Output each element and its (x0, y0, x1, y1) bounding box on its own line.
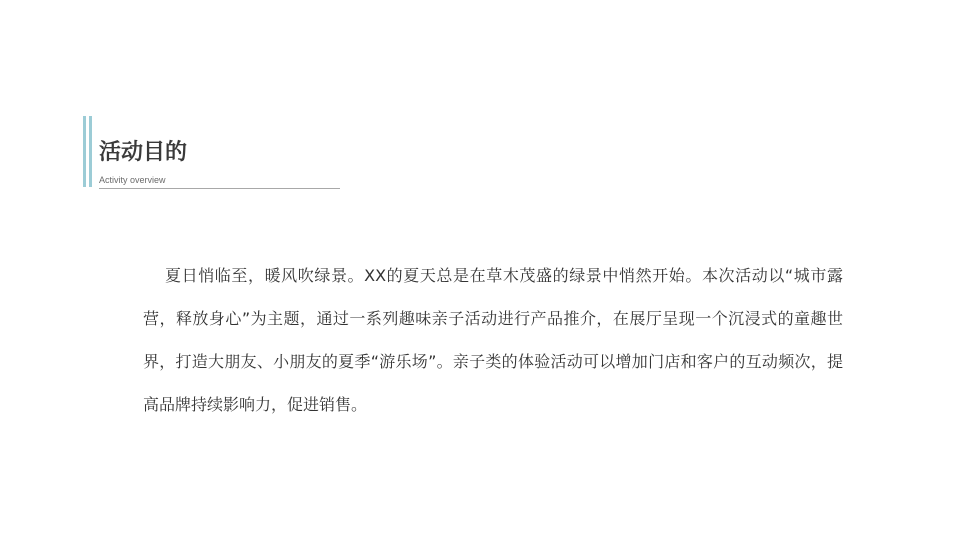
activity-description: 夏日悄临至，暖风吹绿景。XX的夏天总是在草木茂盛的绿景中悄然开始。本次活动以“城… (143, 254, 843, 426)
accent-bar-right (89, 116, 92, 187)
section-subtitle: Activity overview (99, 174, 166, 186)
title-underline (99, 188, 340, 189)
accent-bar-left (83, 116, 86, 187)
section-title: 活动目的 (99, 139, 187, 167)
